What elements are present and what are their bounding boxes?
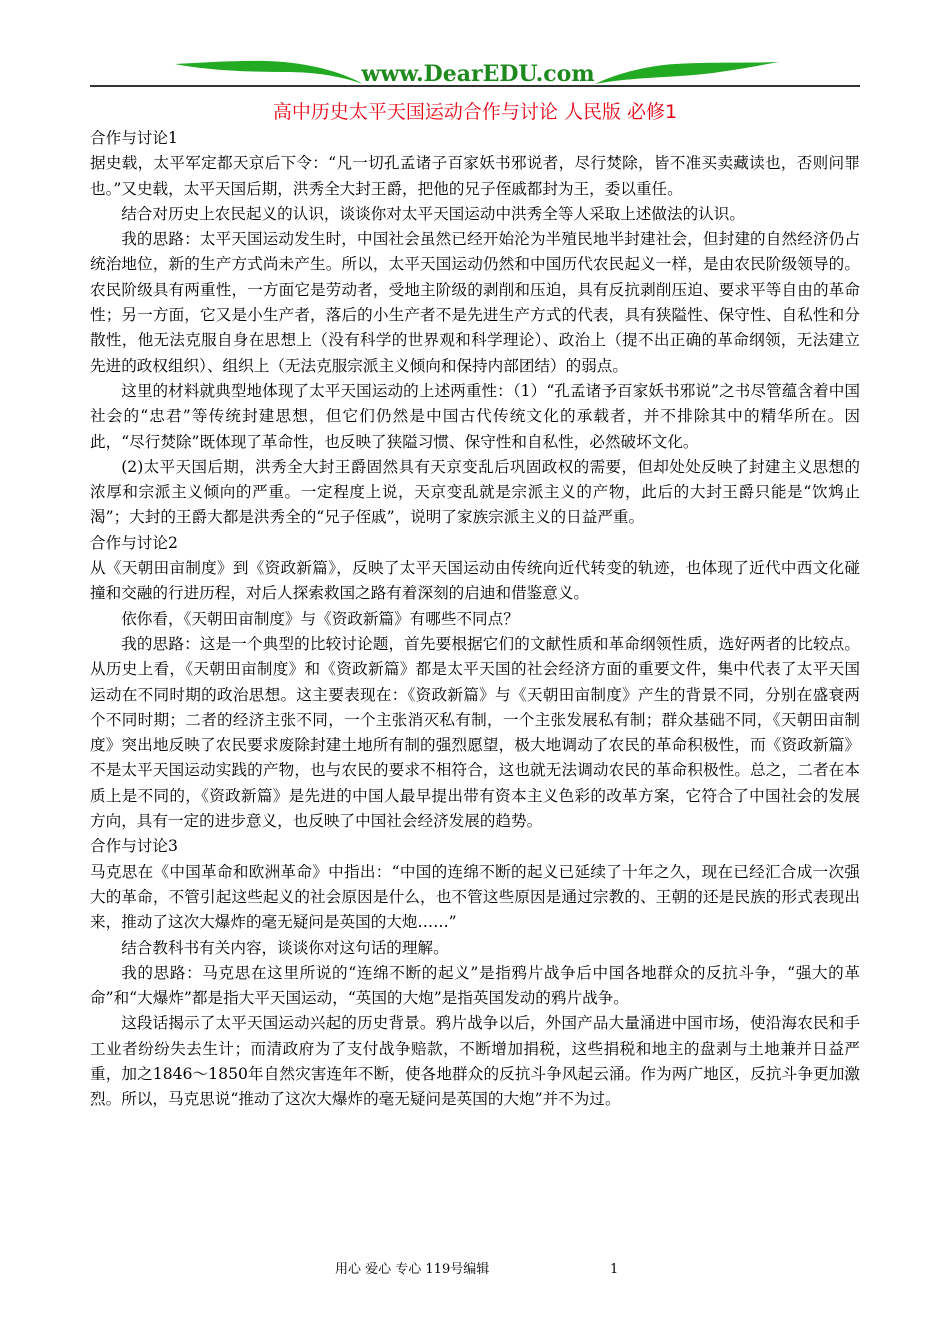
paragraph: 结合教科书有关内容，谈谈你对这句话的理解。 bbox=[90, 936, 860, 961]
document-body: 合作与讨论1 据史载，太平军定都天京后下令：“凡一切孔孟诸子百家妖书邪说者，尽行… bbox=[90, 126, 860, 1113]
paragraph: 结合对历史上农民起义的认识，谈谈你对太平天国运动中洪秀全等人采取上述做法的认识。 bbox=[90, 202, 860, 227]
header-divider bbox=[90, 85, 860, 87]
left-swoosh-decoration bbox=[175, 60, 365, 86]
paragraph: 从《天朝田亩制度》到《资政新篇》，反映了太平天国运动由传统向近代转变的轨迹，也体… bbox=[90, 556, 860, 607]
paragraph: 这段话揭示了太平天国运动兴起的历史背景。鸦片战争以后，外国产品大量涌进中国市场，… bbox=[90, 1011, 860, 1112]
site-header: www.DearEDU.com bbox=[90, 60, 860, 90]
section-heading: 合作与讨论3 bbox=[90, 834, 860, 859]
paragraph: (2)太平天国后期，洪秀全大封王爵固然具有天京变乱后巩固政权的需要，但却处处反映… bbox=[90, 455, 860, 531]
page-number: 1 bbox=[610, 1262, 618, 1278]
section-discussion-2: 合作与讨论2 从《天朝田亩制度》到《资政新篇》，反映了太平天国运动由传统向近代转… bbox=[90, 531, 860, 835]
paragraph: 马克思在《中国革命和欧洲革命》中指出：“中国的连绵不断的起义已延续了十年之久，现… bbox=[90, 860, 860, 936]
paragraph: 据史载，太平军定都天京后下令：“凡一切孔孟诸子百家妖书邪说者，尽行焚除，皆不准买… bbox=[90, 151, 860, 202]
document-title: 高中历史太平天国运动合作与讨论 人民版 必修1 bbox=[90, 100, 860, 124]
section-heading: 合作与讨论1 bbox=[90, 126, 860, 151]
paragraph: 我的思路：马克思在这里所说的“连绵不断的起义”是指鸦片战争后中国各地群众的反抗斗… bbox=[90, 961, 860, 1012]
footer-text: 用心 爱心 专心 119号编辑 bbox=[335, 1262, 489, 1278]
site-logo-text[interactable]: www.DearEDU.com bbox=[358, 63, 598, 85]
section-heading: 合作与讨论2 bbox=[90, 531, 860, 556]
section-discussion-3: 合作与讨论3 马克思在《中国革命和欧洲革命》中指出：“中国的连绵不断的起义已延续… bbox=[90, 834, 860, 1112]
section-discussion-1: 合作与讨论1 据史载，太平军定都天京后下令：“凡一切孔孟诸子百家妖书邪说者，尽行… bbox=[90, 126, 860, 531]
right-swoosh-decoration bbox=[595, 60, 780, 86]
paragraph: 我的思路：这是一个典型的比较讨论题，首先要根据它们的文献性质和革命纲领性质，选好… bbox=[90, 632, 860, 834]
paragraph: 这里的材料就典型地体现了太平天国运动的上述两重性：（1）“孔孟诸予百家妖书邪说”… bbox=[90, 379, 860, 455]
paragraph: 我的思路：太平天国运动发生时，中国社会虽然已经开始沦为半殖民地半封建社会，但封建… bbox=[90, 227, 860, 379]
paragraph: 依你看，《天朝田亩制度》与《资政新篇》有哪些不同点？ bbox=[90, 607, 860, 632]
